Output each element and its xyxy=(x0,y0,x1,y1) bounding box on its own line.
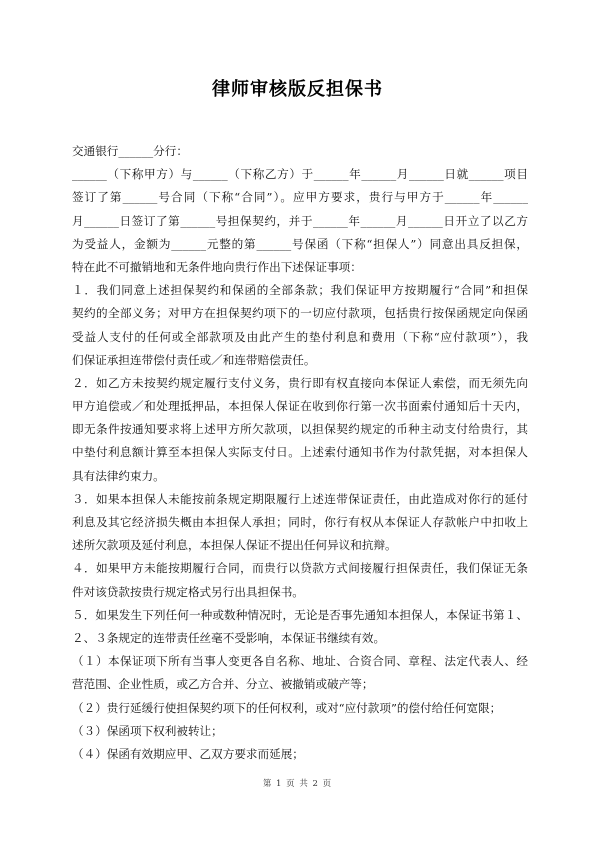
page-number: 第 1 页 共 2 页 xyxy=(0,777,595,789)
text-line: 为受益人，金额为______元整的第______号保函（下称“担保人”）同意出具… xyxy=(72,233,528,256)
text-line: 利息及其它经济损失概由本担保人承担；同时，你行有权从本保证人存款帐户中扣收上 xyxy=(72,511,528,534)
text-line: 签订了第______号合同（下称“合同”）。应甲方要求，贵行与甲方于______… xyxy=(72,186,528,209)
text-line: ２、３条规定的连带责任丝毫不受影响，本保证书继续有效。 xyxy=(72,627,528,650)
text-line: ２．如乙方未按契约规定履行支付义务，贵行即有权直接向本保证人索偿，而无须先向 xyxy=(72,372,528,395)
text-line: 契约的全部义务；对甲方在担保契约项下的一切应付款项，包括贵行按保函规定向保函 xyxy=(72,302,528,325)
text-line: 交通银行______分行： xyxy=(72,140,528,163)
text-line: ４．如果甲方未能按期履行合同，而贵行以贷款方式间接履行担保责任，我们保证无条 xyxy=(72,557,528,580)
text-line: 受益人支付的任何或全部款项及由此产生的垫付利息和费用（下称“应付款项”），我 xyxy=(72,326,528,349)
text-line: （２）贵行延缓行使担保契约项下的任何权利，或对“应付款项”的偿付给任何宽限； xyxy=(72,697,528,720)
text-line: 件对该贷款按贵行规定格式另行出具担保书。 xyxy=(72,581,528,604)
text-line: ______（下称甲方）与______（下称乙方）于______年______月… xyxy=(72,163,528,186)
document-title: 律师审核版反担保书 xyxy=(0,75,595,101)
text-line: 甲方追偿或／和处理抵押品，本担保人保证在收到你行第一次书面索付通知后十天内， xyxy=(72,395,528,418)
text-line: 营范围、企业性质，或乙方合并、分立、被撤销或破产等； xyxy=(72,673,528,696)
text-line: （３）保函项下权利被转让； xyxy=(72,720,528,743)
text-line: 月______日签订了第______号担保契约，并于______年______月… xyxy=(72,210,528,233)
text-line: ５．如果发生下列任何一种或数种情况时，无论是否事先通知本担保人，本保证书第１、 xyxy=(72,604,528,627)
text-line: 特在此不可撤销地和无条件地向贵行作出下述保证事项： xyxy=(72,256,528,279)
text-line: 具有法律约束力。 xyxy=(72,465,528,488)
text-line: （１）本保证项下所有当事人变更各自名称、地址、合资合同、章程、法定代表人、经 xyxy=(72,650,528,673)
text-line: （４）保函有效期应甲、乙双方要求而延展； xyxy=(72,743,528,766)
text-line: 述所欠款项及延付利息，本担保人保证不提出任何异议和抗辩。 xyxy=(72,534,528,557)
text-line: 中垫付利息额计算至本担保人实际支付日。上述索付通知书作为付款凭据，对本担保人 xyxy=(72,441,528,464)
text-line: １．我们同意上述担保契约和保函的全部条款；我们保证甲方按期履行“合同”和担保 xyxy=(72,279,528,302)
text-line: 们保证承担连带偿付责任或／和连带赔偿责任。 xyxy=(72,349,528,372)
document-body: 交通银行______分行： ______（下称甲方）与______（下称乙方）于… xyxy=(72,140,528,766)
text-line: ３．如果本担保人未能按前条规定期限履行上述连带保证责任，由此造成对你行的延付 xyxy=(72,488,528,511)
text-line: 即无条件按通知要求将上述甲方所欠款项，以担保契约规定的币种主动支付给贵行，其 xyxy=(72,418,528,441)
